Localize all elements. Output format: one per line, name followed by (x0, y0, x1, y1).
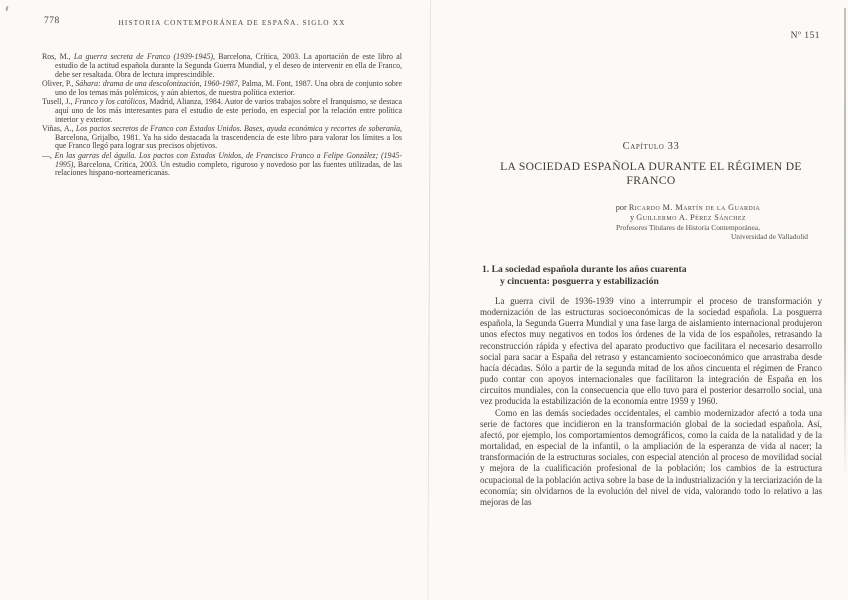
bib-author: Ros, M., (42, 52, 74, 61)
chapter-label: Capítulo 33 (480, 141, 822, 152)
right-page: Nº 151 Capítulo 33 LA SOCIEDAD ESPAÑOLA … (480, 0, 822, 600)
byline-block: por Ricardo M. Martín de la Guardia y Gu… (554, 203, 822, 241)
bib-title: Franco y los católicos (75, 97, 146, 106)
page-spine-divider (427, 0, 431, 600)
bib-title: Sáhara: drama de una descolonización, 19… (75, 79, 237, 88)
left-page: 778 HISTORIA CONTEMPORÁNEA DE ESPAÑA. SI… (42, 16, 402, 179)
bibliography-list: Ros, M., La guerra secreta de Franco (19… (42, 53, 402, 178)
section-heading-line-1: La sociedad española durante los años cu… (492, 264, 687, 275)
byline-affiliation-2: Universidad de Valladolid (554, 232, 822, 241)
bibliography-entry: —, En las garras del águila. Los pactos … (42, 152, 402, 178)
bib-annotation: , Barcelona, Crítica, 2003. Un estudio c… (55, 160, 402, 178)
scan-artifact-mark (5, 6, 8, 11)
byline-authors: por Ricardo M. Martín de la Guardia y Gu… (554, 203, 822, 223)
byline-affiliation-1: Profesores Titulares de Historia Contemp… (554, 223, 822, 232)
byline-author-1: Ricardo M. Martín de la Guardia (629, 203, 760, 212)
section-number: 1. (482, 264, 489, 275)
left-page-header: 778 HISTORIA CONTEMPORÁNEA DE ESPAÑA. SI… (42, 16, 402, 30)
right-page-number: Nº 151 (791, 31, 820, 41)
section-heading: 1. La sociedad española durante los años… (482, 264, 800, 287)
byline-prefix: por (616, 203, 629, 212)
running-header: HISTORIA CONTEMPORÁNEA DE ESPAÑA. SIGLO … (72, 18, 392, 27)
section-heading-line-2: y cincuenta: posguerra y estabilización (500, 276, 800, 288)
bibliography-entry: Oliver, P., Sáhara: drama de una descolo… (42, 80, 402, 98)
bib-author: —, (42, 151, 55, 160)
byline-author-2: Guillermo A. Pérez Sánchez (636, 213, 746, 222)
bibliography-entry: Ros, M., La guerra secreta de Franco (19… (42, 53, 402, 79)
book-spread: 778 HISTORIA CONTEMPORÁNEA DE ESPAÑA. SI… (0, 0, 848, 600)
bib-title: Los pactos secretos de Franco con Estado… (76, 124, 400, 133)
bib-author: Viñas, A., (42, 124, 76, 133)
bib-author: Oliver, P., (42, 79, 75, 88)
chapter-title: LA SOCIEDAD ESPAÑOLA DURANTE EL RÉGIMEN … (480, 160, 822, 188)
bib-title: La guerra secreta de Franco (1939-1945) (74, 52, 213, 61)
bibliography-entry: Viñas, A., Los pactos secretos de Franco… (42, 125, 402, 151)
chapter-body: La guerra civil de 1936-1939 vino a inte… (480, 296, 822, 508)
left-page-number: 778 (44, 16, 60, 26)
body-paragraph-1: La guerra civil de 1936-1939 vino a inte… (480, 296, 822, 408)
page-right-edge (844, 8, 846, 480)
bibliography-entry: Tusell, J., Franco y los católicos, Madr… (42, 98, 402, 124)
body-paragraph-2: Como en las demás sociedades occidentale… (480, 408, 822, 508)
bib-author: Tusell, J., (42, 97, 75, 106)
